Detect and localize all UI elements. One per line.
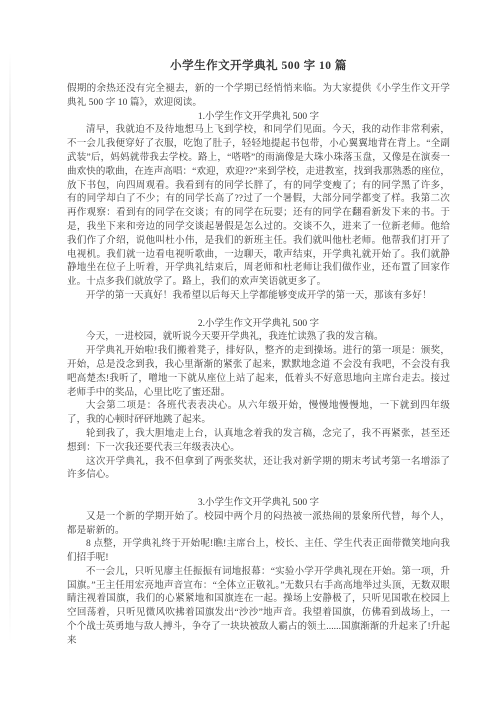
document-title: 小学生作文开学典礼 500 字 10 篇 <box>67 59 450 73</box>
section-heading: 2.小学生作文开学典礼 500 字 <box>67 318 450 332</box>
section-heading: 3.小学生作文开学典礼 500 字 <box>67 497 450 511</box>
blank-line <box>67 483 450 497</box>
scan-edge-artifact <box>9 52 11 644</box>
paragraph: 这次开学典礼，我不但拿到了两张奖状，还让我对新学期的期末考试考第一名增添了许多信… <box>67 456 450 484</box>
paragraph: 清早，我就迫不及待地想马上飞到学校，和同学们见面。今天，我的动作非常利索，不一会… <box>67 124 450 290</box>
blank-line <box>67 304 450 318</box>
paragraph: 今天，一进校园，就听说今天要开学典礼，我连忙读熟了我的发言稿。 <box>67 331 450 345</box>
paragraph: 轮到我了，我大胆地走上台，认真地念着我的发言稿，念完了，我不再紧张，甚至还想到：… <box>67 428 450 456</box>
paragraph: 又是一个新的学期开始了。校园中两个月的闷热被一派热闹的景象所代替，每个人，都是崭… <box>67 511 450 539</box>
paragraph: 不一会儿，只听见廖主任振振有词地报幕：“实验小学开学典礼现在开始。第一项，升国旗… <box>67 566 450 649</box>
document-page: 小学生作文开学典礼 500 字 10 篇 假期的余热还没有完全褪去，新的一个学期… <box>0 0 500 708</box>
paragraph: 开学典礼开始啦!我们搬着凳子，排好队，整齐的走到操场。进行的第一项是：颁奖，开始… <box>67 345 450 400</box>
paragraph: 8 点整，开学典礼终于开始呢!瞧!主席台上，校长、主任、学生代表正面带微笑地向我… <box>67 538 450 566</box>
section-heading: 1.小学生作文开学典礼 500 字 <box>67 111 450 125</box>
paragraph: 假期的余热还没有完全褪去，新的一个学期已经悄悄来临。为大家提供《小学生作文开学典… <box>67 83 450 111</box>
paragraph: 开学的第一天真好！我希望以后每天上学都能够变成开学的第一天，那该有多好！ <box>67 290 450 304</box>
document-body: 假期的余热还没有完全褪去，新的一个学期已经悄悄来临。为大家提供《小学生作文开学典… <box>67 83 450 649</box>
paragraph: 大会第二项是：各班代表表决心。从六年级开始，慢慢地慢慢地，一下就到四年级了，我的… <box>67 400 450 428</box>
